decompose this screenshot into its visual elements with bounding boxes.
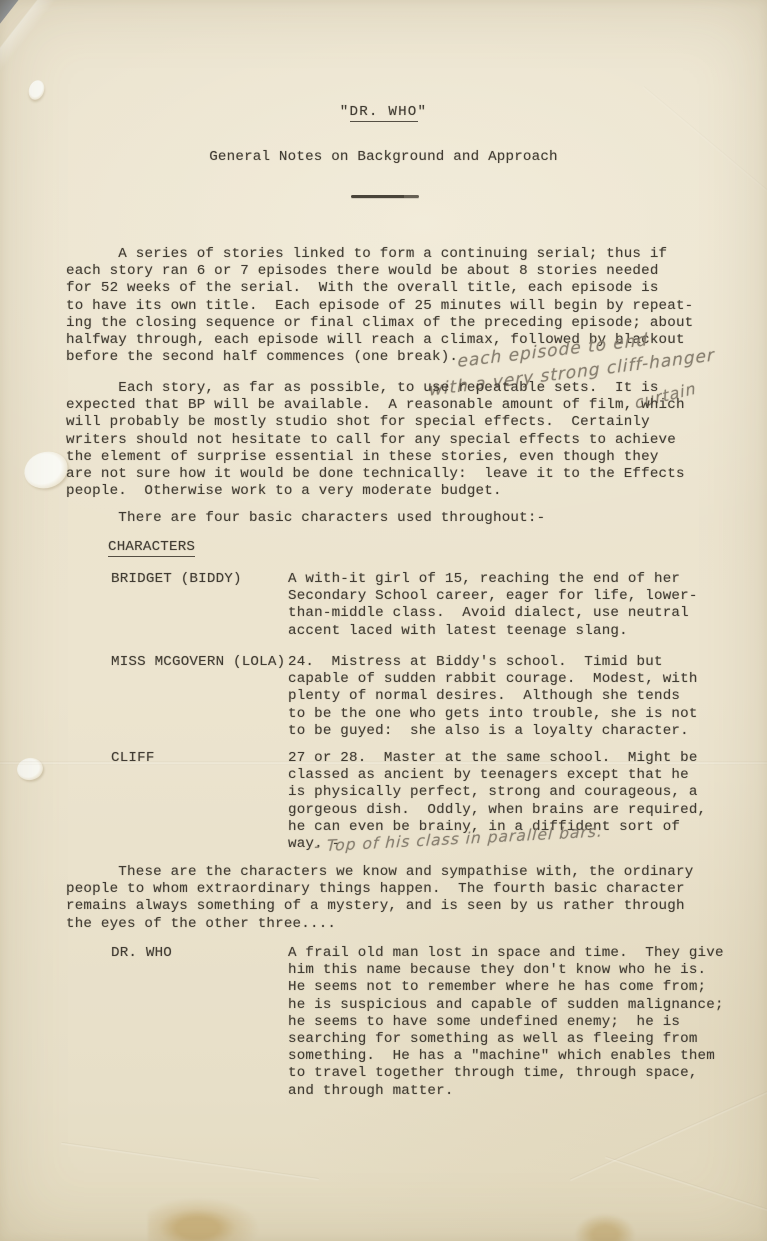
paragraph-production-notes: Each story, as far as possible, to use r… — [66, 380, 714, 500]
character-description: A frail old man lost in space and time. … — [288, 945, 740, 1100]
paper-stain — [148, 1198, 258, 1241]
document-title: "DR. WHO" — [0, 104, 767, 121]
paper-wrinkle — [605, 1156, 767, 1227]
character-name: CLIFF — [111, 750, 155, 767]
paper-blemish — [15, 756, 44, 782]
characters-intro-line: There are four basic characters used thr… — [66, 510, 714, 527]
character-name: BRIDGET (BIDDY) — [111, 571, 242, 588]
character-name: DR. WHO — [111, 945, 172, 962]
character-description: 24. Mistress at Biddy's school. Timid bu… — [288, 654, 740, 740]
paragraph-fourth-character: These are the characters we know and sym… — [66, 864, 726, 933]
paper-wrinkle — [61, 1142, 319, 1181]
paper-blemish — [20, 446, 73, 494]
characters-heading: CHARACTERS — [108, 539, 195, 556]
page-corner-fold — [0, 0, 70, 90]
character-name: MISS MCGOVERN (LOLA) — [111, 654, 285, 671]
document-subtitle: General Notes on Background and Approach — [0, 149, 767, 166]
character-description: A with-it girl of 15, reaching the end o… — [288, 571, 740, 640]
scanned-document-page: "DR. WHO" General Notes on Background an… — [0, 0, 767, 1241]
characters-heading-text: CHARACTERS — [108, 539, 195, 557]
title-text: DR. WHO — [350, 104, 418, 122]
title-divider-line — [351, 195, 419, 198]
title-open-quote: " — [340, 104, 350, 120]
paper-stain — [575, 1214, 635, 1241]
title-close-quote: " — [418, 104, 428, 120]
